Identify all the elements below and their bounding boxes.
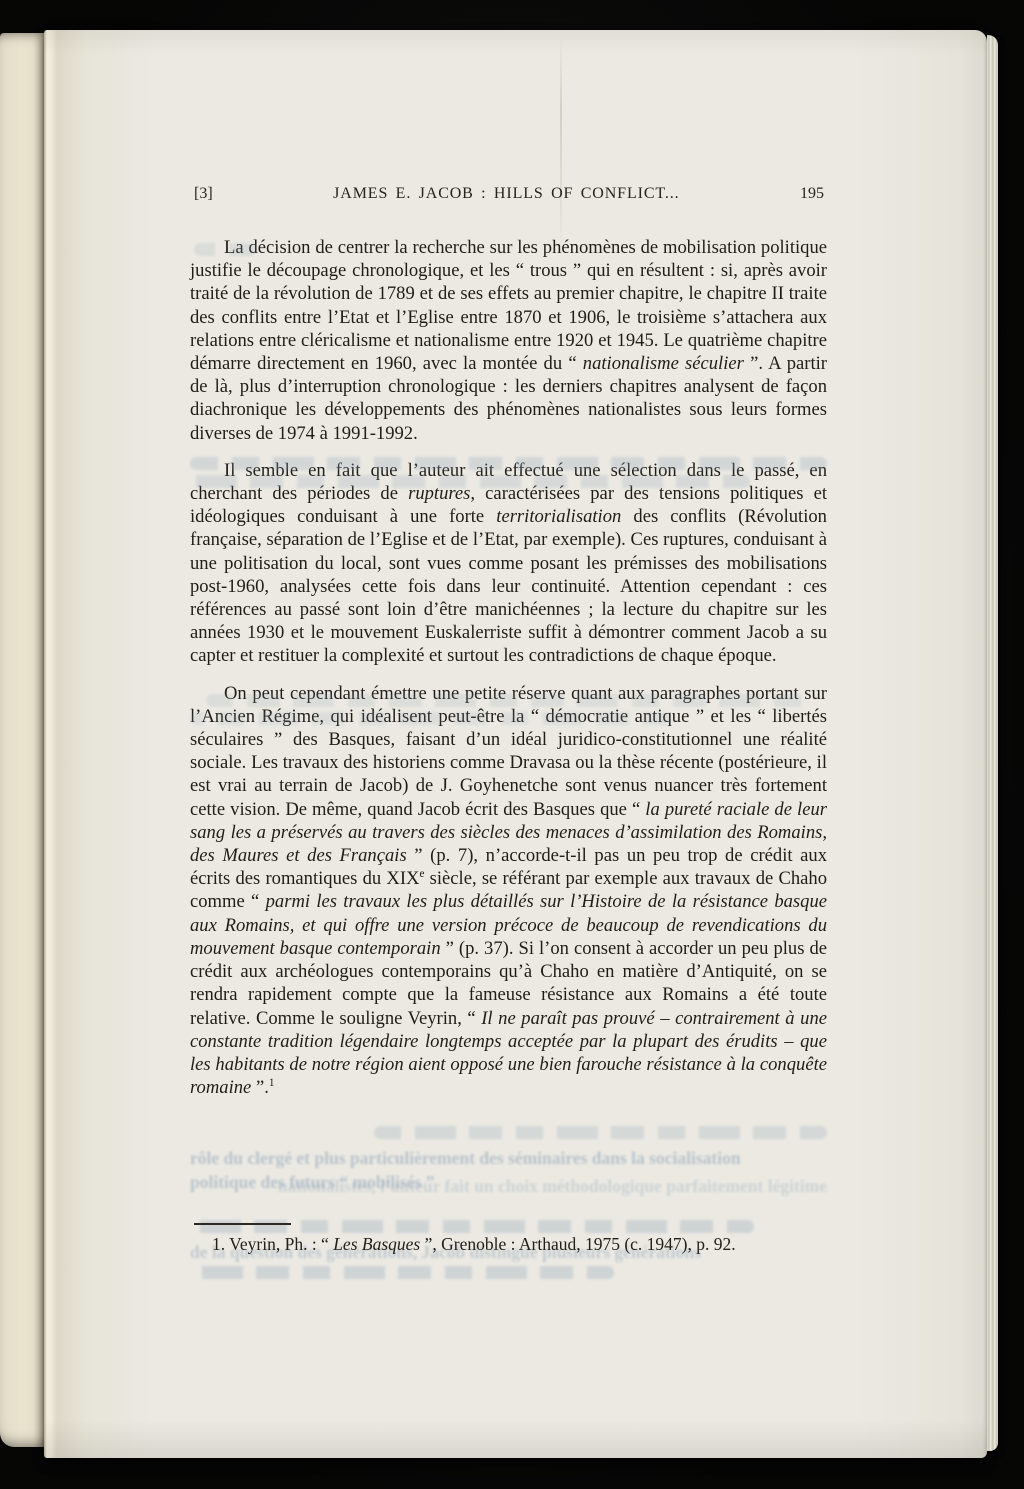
bleedthrough-ghost (206, 694, 806, 707)
bleedthrough-ghost (190, 475, 750, 488)
footnote-rule (194, 1223, 291, 1225)
page-header: [3] JAMES E. JACOB : HILLS OF CONFLICT..… (194, 184, 824, 204)
body-text: La décision de centrer la recherche sur … (190, 236, 827, 1113)
running-title: JAMES E. JACOB : HILLS OF CONFLICT... (333, 184, 679, 204)
section-marker: [3] (194, 184, 213, 204)
paragraph: On peut cependant émettre une petite rés… (190, 682, 827, 1100)
footnote: 1. Veyrin, Ph. : “ Les Basques ”, Grenob… (190, 1233, 827, 1255)
page-stack-edge (987, 35, 998, 1451)
bleedthrough-text: rôle du clergé et plus particulièrement … (190, 1148, 827, 1169)
paragraph: Il semble en fait que l’auteur ait effec… (190, 459, 827, 668)
bleedthrough-ghost (374, 1126, 827, 1139)
bleedthrough-text: nationalistes, l’auteur fait un choix mé… (190, 1176, 827, 1197)
page-crease (560, 36, 562, 256)
bleedthrough-ghost (190, 457, 827, 470)
facing-page-edge (0, 33, 46, 1447)
book-page: [3] JAMES E. JACOB : HILLS OF CONFLICT..… (44, 30, 987, 1458)
paragraph: La décision de centrer la recherche sur … (190, 236, 827, 445)
page-number: 195 (800, 184, 824, 204)
bleedthrough-ghost (194, 1220, 754, 1233)
scanned-book-photo: [3] JAMES E. JACOB : HILLS OF CONFLICT..… (0, 0, 1024, 1489)
bleedthrough-ghost (194, 1266, 614, 1279)
bleedthrough-ghost (194, 243, 256, 256)
bleedthrough-ghost (190, 712, 670, 725)
